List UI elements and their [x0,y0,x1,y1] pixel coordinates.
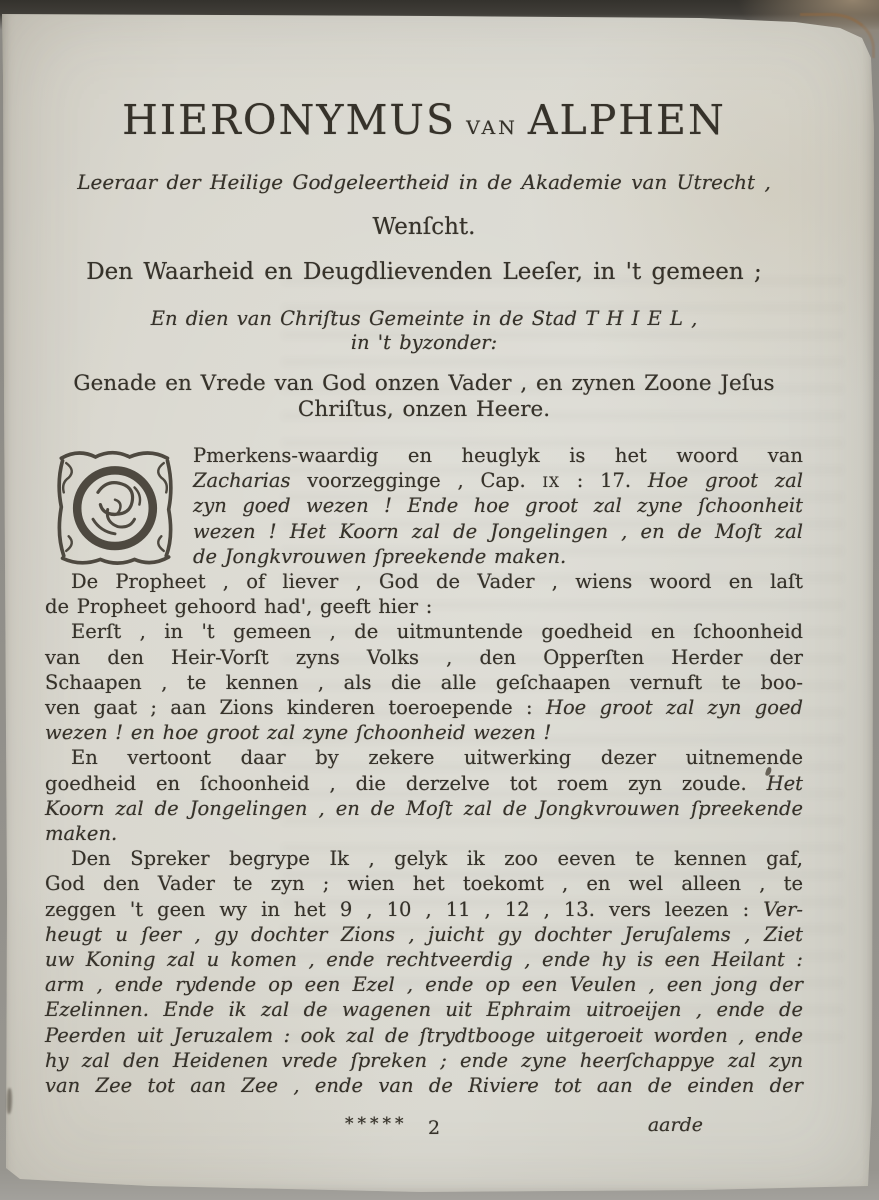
text-segment: goedheid en ſchoonheid , die derzelve to… [45,772,767,795]
opening-paragraph-lines: Pmerkens-waardig en heuglyk is het woord… [193,443,803,569]
text-segment: Pmerkens-waardig en heuglyk is het woord… [193,444,803,467]
title-surname-last: ALPHEN [528,96,726,144]
text-line: Schaapen , te kennen , als die alle geſc… [45,670,803,695]
text-line: Koorn zal de Jongelingen , en de Moſt za… [45,796,803,821]
text-segment: De Propheet , of liever , God de Vader ,… [71,570,803,593]
text-line: arm , ende rydende op een Ezel , ende op… [45,972,803,997]
text-segment: voorzegginge , Cap. [290,469,542,492]
salutation-lines: Genade en Vrede van God onzen Vader , en… [45,371,803,423]
text-segment: Hoe groot zal zyn goed [546,696,803,719]
text-segment: Ver- [763,898,803,921]
text-line: van den Heir-Vorſt zyns Volks , den Oppe… [45,645,803,670]
title-van: van [456,110,528,141]
text-line: heugt u ſeer , gy dochter Zions , juicht… [45,922,803,947]
text-segment: van den Heir-Vorſt zyns Volks , den Oppe… [45,646,803,669]
text-segment: Koorn zal de Jongelingen , en de Moſt za… [45,797,803,820]
page-footer: ***** 2 aarde [45,1114,803,1144]
book-page-photo: HIERONYMUSvanALPHEN Leeraar der Heilige … [0,0,879,1200]
text-line: hy zal den Heidenen vrede ſpreken ; ende… [45,1048,803,1073]
congregation-lines: En dien van Chriſtus Gemeinte in de Stad… [45,307,803,355]
text-line: Zacharias voorzegginge , Cap. ix : 17. H… [193,468,803,493]
salutation-line-2: Chriſtus, onzen Heere. [45,397,803,423]
text-segment: Hoe groot zal [648,469,803,492]
text-line: Den Spreker begrype Ik , gelyk ik zoo ee… [45,846,803,871]
text-segment: Schaapen , te kennen , als die alle geſc… [45,671,803,694]
text-segment: Zacharias [193,469,290,492]
text-segment: de Jongkvrouwen ſpreekende maken. [193,545,566,568]
text-segment: de Propheet gehoord had', geeft hier : [45,595,432,618]
text-segment: ven gaat ; aan Zions kinderen toeroepend… [45,696,546,719]
text-segment: God den Vader te zyn ; wien het toekomt … [45,872,803,895]
text-segment: En vertoont daar by zekere uitwerking de… [71,746,803,769]
text-segment: arm , ende rydende op een Ezel , ende op… [45,973,803,996]
text-segment: maken. [45,822,117,845]
text-line: zeggen 't geen wy in het 9 , 10 , 11 , 1… [45,897,803,922]
page-number: 2 [428,1117,440,1139]
text-line: de Propheet gehoord had', geeft hier : [45,594,803,619]
text-line: uw Koning zal u komen , ende rechtveerdi… [45,947,803,972]
body-paragraph-lines: De Propheet , of liever , God de Vader ,… [45,569,803,1098]
text-line: goedheid en ſchoonheid , die derzelve to… [45,771,803,796]
text-line: zyn goed wezen ! Ende hoe groot zal zyne… [193,493,803,518]
salutation-line-1: Genade en Vrede van God onzen Vader , en… [45,371,803,397]
text-line: Peerden uit Jeruzalem : ook zal de ſtryd… [45,1023,803,1048]
signature-mark: ***** [345,1114,408,1134]
text-segment: Ezelinnen. Ende ik zal de wagenen uit Ep… [45,998,803,1021]
text-segment: uw Koning zal u komen , ende rechtveerdi… [45,948,803,971]
text-segment: : 17. [560,469,648,492]
text-segment: van Zee tot aan Zee , ende van de Rivier… [45,1074,803,1097]
opening-paragraph: Pmerkens-waardig en heuglyk is het woord… [45,443,803,569]
address-line: Den Waarheid en Deugdlievenden Leeſer, i… [45,259,803,285]
text-line: Pmerkens-waardig en heuglyk is het woord… [193,443,803,468]
text-segment: ix [542,469,560,492]
text-segment: hy zal den Heidenen vrede ſpreken ; ende… [45,1049,803,1072]
catchword: aarde [648,1114,703,1136]
text-line: wezen ! en hoe groot zal zyne ſchoonheid… [45,720,803,745]
text-segment: Het [767,772,803,795]
text-line: Eerſt , in 't gemeen , de uitmuntende go… [45,619,803,644]
text-line: Ezelinnen. Ende ik zal de wagenen uit Ep… [45,997,803,1022]
body-text: Pmerkens-waardig en heuglyk is het woord… [45,443,803,1098]
text-segment: Eerſt , in 't gemeen , de uitmuntende go… [71,620,803,643]
text-line: ven gaat ; aan Zions kinderen toeroepend… [45,695,803,720]
page-title: HIERONYMUSvanALPHEN [45,96,803,144]
text-segment: zeggen 't geen wy in het 9 , 10 , 11 , 1… [45,898,763,921]
woodcut-initial-O [51,446,179,568]
text-line: wezen ! Het Koorn zal de Jongelingen , e… [193,519,803,544]
text-line: God den Vader te zyn ; wien het toekomt … [45,871,803,896]
worn-corner-edge [800,13,875,58]
text-segment: Peerden uit Jeruzalem : ook zal de ſtryd… [45,1024,803,1047]
text-segment: wezen ! en hoe groot zal zyne ſchoonheid… [45,721,551,744]
page-content: HIERONYMUSvanALPHEN Leeraar der Heilige … [45,12,803,1186]
text-segment: zyn goed wezen ! Ende hoe groot zal zyne… [193,494,803,517]
author-role-line: Leeraar der Heilige Godgeleertheid in de… [45,170,803,194]
text-line: de Jongkvrouwen ſpreekende maken. [193,544,803,569]
congregation-line-1: En dien van Chriſtus Gemeinte in de Stad… [45,307,803,331]
congregation-line-2: in 't byzonder: [45,331,803,355]
text-segment: heugt u ſeer , gy dochter Zions , juicht… [45,923,803,946]
woodcut-initial-o-icon [51,446,179,568]
title-surname-first: HIERONYMUS [122,96,456,144]
text-segment: wezen ! Het Koorn zal de Jongelingen , e… [193,520,803,543]
wish-line: Wenſcht. [45,214,803,240]
text-segment: Den Spreker begrype Ik , gelyk ik zoo ee… [71,847,803,870]
text-line: van Zee tot aan Zee , ende van de Rivier… [45,1073,803,1098]
text-line: maken. [45,821,803,846]
text-line: En vertoont daar by zekere uitwerking de… [45,745,803,770]
text-line: De Propheet , of liever , God de Vader ,… [45,569,803,594]
